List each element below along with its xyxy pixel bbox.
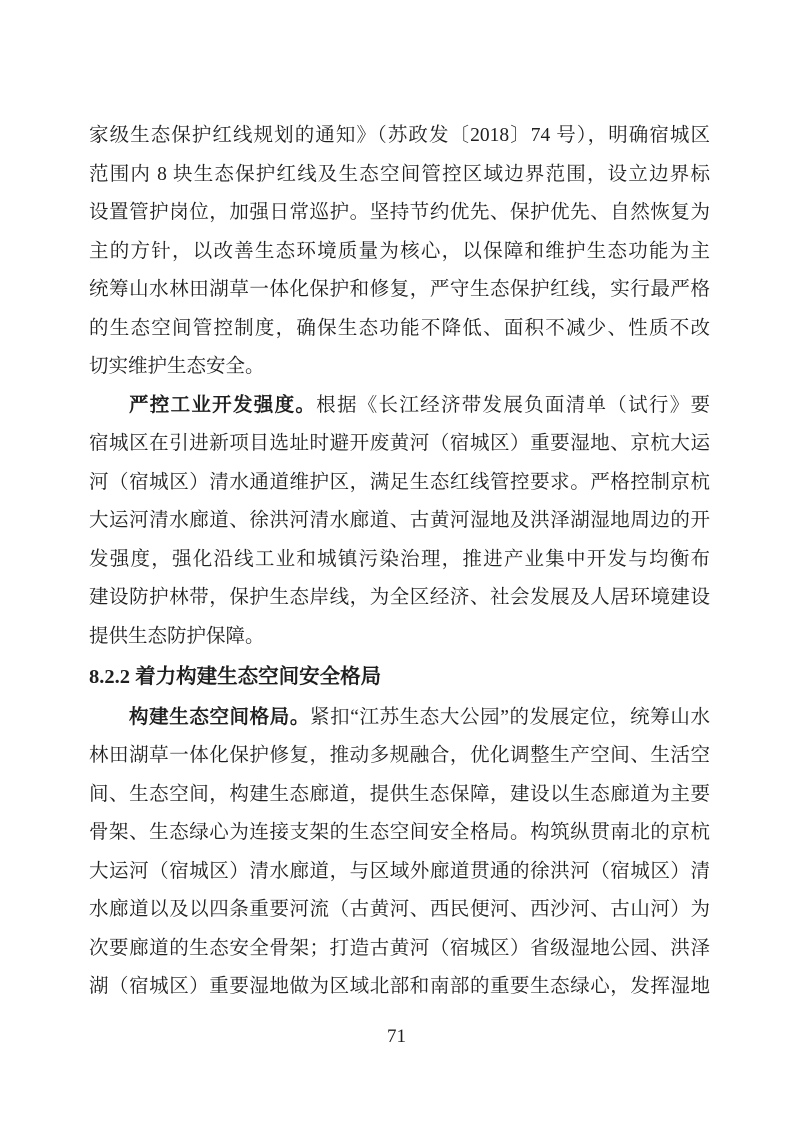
text-run: 湖（宿城区）重要湿地做为区域北部和南部的重要生态绿心，发挥湿地 [89,976,710,997]
text-run: 紧扣“江苏生态大公园”的发展定位，统筹山水 [310,707,710,728]
bold-text-run: 构建生态空间格局。 [129,707,310,728]
text-run: 发强度，强化沿线工业和城镇污染治理，推进产业集中开发与均衡布局， [89,549,710,580]
text-run: 宿城区在引进新项目选址时避开废黄河（宿城区）重要湿地、京杭大运 [89,433,710,454]
text-line: 间、生态空间，构建生态廊道，提供生态保障，建设以生态廊道为主要 [89,776,710,815]
text-run: 家级生态保护红线规划的通知》（苏政发〔2018〕74 号），明确宿城区 [89,125,710,146]
text-line: 主的方针，以改善生态环境质量为核心，以保障和维护生态功能为主线， [89,233,710,272]
text-run: 骨架、生态绿心为连接支架的生态空间安全格局。构筑纵贯南北的京杭 [89,822,710,843]
text-line: 设置管护岗位，加强日常巡护。坚持节约优先、保护优先、自然恢复为 [89,194,710,233]
text-run: 设置管护岗位，加强日常巡护。坚持节约优先、保护优先、自然恢复为 [89,202,710,223]
text-run: 次要廊道的生态安全骨架；打造古黄河（宿城区）省级湿地公园、洪泽 [89,938,710,959]
text-line: 骨架、生态绿心为连接支架的生态空间安全格局。构筑纵贯南北的京杭 [89,814,710,853]
bold-text-run: 严控工业开发强度。 [129,395,316,416]
text-line: 的生态空间管控制度，确保生态功能不降低、面积不减少、性质不改变， [89,310,710,349]
text-line: 切实维护生态安全。 [89,348,710,387]
text-run: 大运河（宿城区）清水廊道，与区域外廊道贯通的徐洪河（宿城区）清 [89,861,710,882]
paragraph: 严控工业开发强度。根据《长江经济带发展负面清单（试行》要求，宿城区在引进新项目选… [89,387,710,657]
text-line: 林田湖草一体化保护修复，推动多规融合，优化调整生产空间、生活空 [89,737,710,776]
text-run: 间、生态空间，构建生态廊道，提供生态保障，建设以生态廊道为主要 [89,784,710,805]
text-run: 林田湖草一体化保护修复，推动多规融合，优化调整生产空间、生活空 [89,745,710,766]
text-line: 统筹山水林田湖草一体化保护和修复，严守生态保护红线，实行最严格 [89,271,710,310]
page-number: 71 [0,1026,793,1048]
text-run: 统筹山水林田湖草一体化保护和修复，严守生态保护红线，实行最严格 [89,279,710,300]
text-run: 水廊道以及以四条重要河流（古黄河、西民便河、西沙河、古山河）为 [89,899,710,920]
text-run: 建设防护林带，保护生态岸线，为全区经济、社会发展及人居环境建设 [89,587,710,608]
text-run: 大运河清水廊道、徐洪河清水廊道、古黄河湿地及洪泽湖湿地周边的开 [89,510,710,531]
text-line: 湖（宿城区）重要湿地做为区域北部和南部的重要生态绿心，发挥湿地 [89,968,710,1007]
text-line: 大运河（宿城区）清水廊道，与区域外廊道贯通的徐洪河（宿城区）清 [89,853,710,892]
text-run: 范围内 8 块生态保护红线及生态空间管控区域边界范围，设立边界标志， [89,164,710,195]
text-line: 水廊道以及以四条重要河流（古黄河、西民便河、西沙河、古山河）为 [89,891,710,930]
text-line: 范围内 8 块生态保护红线及生态空间管控区域边界范围，设立边界标志， [89,156,710,195]
text-run: 主的方针，以改善生态环境质量为核心，以保障和维护生态功能为主线， [89,241,710,272]
text-line: 大运河清水廊道、徐洪河清水廊道、古黄河湿地及洪泽湖湿地周边的开 [89,502,710,541]
text-run: 切实维护生态安全。 [89,356,265,377]
text-run: 的生态空间管控制度，确保生态功能不降低、面积不减少、性质不改变， [89,318,710,349]
text-line: 家级生态保护红线规划的通知》（苏政发〔2018〕74 号），明确宿城区 [89,117,710,156]
paragraph: 家级生态保护红线规划的通知》（苏政发〔2018〕74 号），明确宿城区范围内 8… [89,117,710,387]
document-body: 家级生态保护红线规划的通知》（苏政发〔2018〕74 号），明确宿城区范围内 8… [89,117,710,1007]
text-line: 严控工业开发强度。根据《长江经济带发展负面清单（试行》要求， [89,387,710,426]
text-line: 提供生态防护保障。 [89,618,710,657]
text-run: 提供生态防护保障。 [89,626,265,647]
text-run: 河（宿城区）清水通道维护区，满足生态红线管控要求。严格控制京杭 [89,472,710,493]
text-line: 发强度，强化沿线工业和城镇污染治理，推进产业集中开发与均衡布局， [89,541,710,580]
section-heading: 8.2.2 着力构建生态空间安全格局 [89,658,710,697]
document-page: 家级生态保护红线规划的通知》（苏政发〔2018〕74 号），明确宿城区范围内 8… [0,0,793,1122]
text-line: 宿城区在引进新项目选址时避开废黄河（宿城区）重要湿地、京杭大运 [89,425,710,464]
text-line: 构建生态空间格局。紧扣“江苏生态大公园”的发展定位，统筹山水 [89,699,710,738]
text-line: 河（宿城区）清水通道维护区，满足生态红线管控要求。严格控制京杭 [89,464,710,503]
text-line: 建设防护林带，保护生态岸线，为全区经济、社会发展及人居环境建设 [89,579,710,618]
text-line: 次要廊道的生态安全骨架；打造古黄河（宿城区）省级湿地公园、洪泽 [89,930,710,969]
paragraph: 构建生态空间格局。紧扣“江苏生态大公园”的发展定位，统筹山水林田湖草一体化保护修… [89,699,710,1007]
